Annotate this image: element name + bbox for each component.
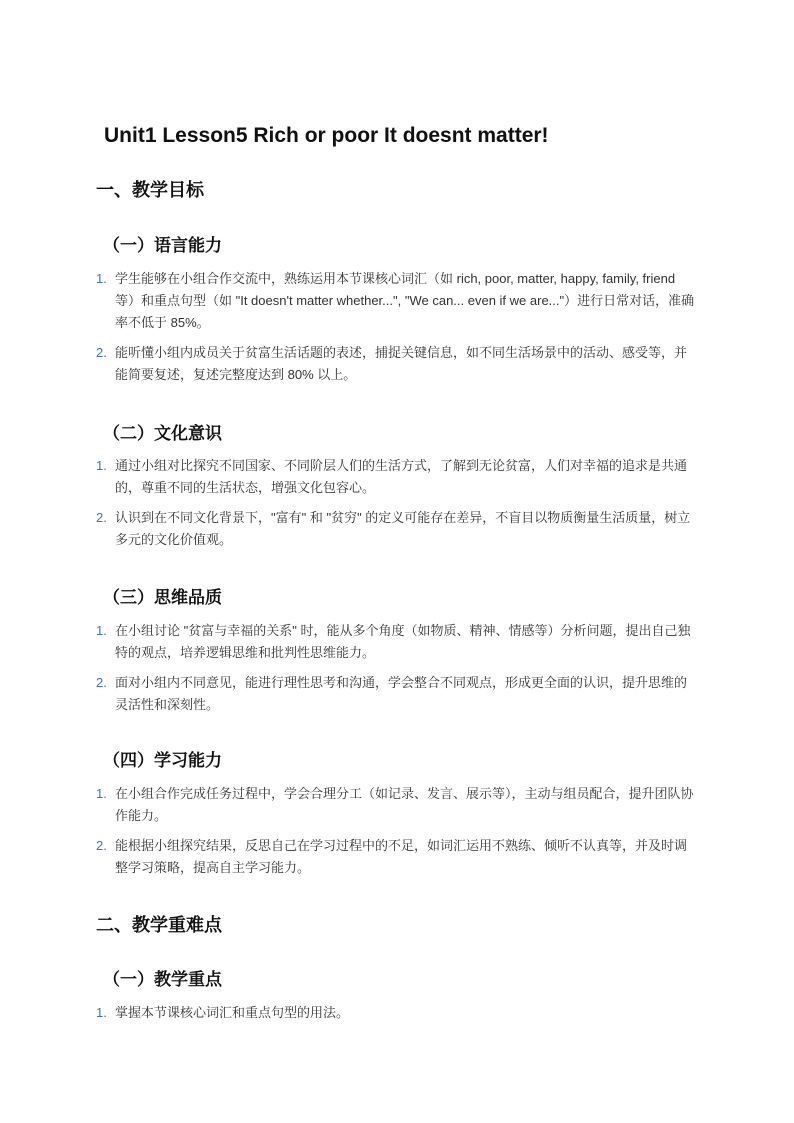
list-item: 1. 掌握本节课核心词汇和重点句型的用法。 <box>96 1002 696 1024</box>
list-item-text: 掌握本节课核心词汇和重点句型的用法。 <box>115 1002 696 1024</box>
list-number: 1. <box>96 1002 107 1024</box>
list-number: 2. <box>96 507 107 529</box>
teaching-focus-list: 1. 掌握本节课核心词汇和重点句型的用法。 <box>96 1002 696 1032</box>
list-item-text: 能听懂小组内成员关于贫富生活话题的表述，捕捉关键信息，如不同生活场景中的活动、感… <box>115 342 696 386</box>
list-item-text: 在小组合作完成任务过程中，学会合理分工（如记录、发言、展示等），主动与组员配合，… <box>115 783 696 827</box>
thinking-quality-list: 1. 在小组讨论 "贫富与幸福的关系" 时，能从多个角度（如物质、精神、情感等）… <box>96 620 696 724</box>
subsection-heading-cultural-awareness: （二）文化意识 <box>103 419 222 444</box>
list-item: 2. 面对小组内不同意见，能进行理性思考和沟通，学会整合不同观点，形成更全面的认… <box>96 672 696 716</box>
list-number: 2. <box>96 342 107 364</box>
cultural-awareness-list: 1. 通过小组对比探究不同国家、不同阶层人们的生活方式，了解到无论贫富，人们对幸… <box>96 455 696 559</box>
list-item-text: 认识到在不同文化背景下，"富有" 和 "贫穷" 的定义可能存在差异，不盲目以物质… <box>115 507 696 551</box>
list-item-text: 面对小组内不同意见，能进行理性思考和沟通，学会整合不同观点，形成更全面的认识，提… <box>115 672 696 716</box>
list-number: 2. <box>96 672 107 694</box>
subsection-heading-thinking-quality: （三）思维品质 <box>103 583 222 608</box>
list-item: 1. 在小组讨论 "贫富与幸福的关系" 时，能从多个角度（如物质、精神、情感等）… <box>96 620 696 664</box>
subsection-heading-language-ability: （一）语言能力 <box>103 231 222 256</box>
list-number: 1. <box>96 783 107 805</box>
list-item: 2. 能根据小组探究结果，反思自己在学习过程中的不足，如词汇运用不熟练、倾听不认… <box>96 835 696 879</box>
list-number: 1. <box>96 455 107 477</box>
subsection-heading-teaching-focus: （一）教学重点 <box>103 965 222 990</box>
list-number: 1. <box>96 620 107 642</box>
document-title: Unit1 Lesson5 Rich or poor It doesnt mat… <box>104 124 549 148</box>
list-item: 1. 通过小组对比探究不同国家、不同阶层人们的生活方式，了解到无论贫富，人们对幸… <box>96 455 696 499</box>
list-item: 1. 学生能够在小组合作交流中，熟练运用本节课核心词汇（如 rich, poor… <box>96 268 696 334</box>
list-item-text: 在小组讨论 "贫富与幸福的关系" 时，能从多个角度（如物质、精神、情感等）分析问… <box>115 620 696 664</box>
list-item: 2. 能听懂小组内成员关于贫富生活话题的表述，捕捉关键信息，如不同生活场景中的活… <box>96 342 696 386</box>
list-item-text: 学生能够在小组合作交流中，熟练运用本节课核心词汇（如 rich, poor, m… <box>115 268 696 334</box>
section-heading-teaching-objectives: 一、教学目标 <box>96 176 204 202</box>
list-item-text: 能根据小组探究结果，反思自己在学习过程中的不足，如词汇运用不熟练、倾听不认真等，… <box>115 835 696 879</box>
list-number: 2. <box>96 835 107 857</box>
list-item: 2. 认识到在不同文化背景下，"富有" 和 "贫穷" 的定义可能存在差异，不盲目… <box>96 507 696 551</box>
subsection-heading-learning-ability: （四）学习能力 <box>103 746 222 771</box>
section-heading-key-difficult-points: 二、教学重难点 <box>96 911 222 937</box>
document-page: Unit1 Lesson5 Rich or poor It doesnt mat… <box>0 0 794 1123</box>
list-item-text: 通过小组对比探究不同国家、不同阶层人们的生活方式，了解到无论贫富，人们对幸福的追… <box>115 455 696 499</box>
learning-ability-list: 1. 在小组合作完成任务过程中，学会合理分工（如记录、发言、展示等），主动与组员… <box>96 783 696 887</box>
list-number: 1. <box>96 268 107 290</box>
language-ability-list: 1. 学生能够在小组合作交流中，熟练运用本节课核心词汇（如 rich, poor… <box>96 268 696 394</box>
list-item: 1. 在小组合作完成任务过程中，学会合理分工（如记录、发言、展示等），主动与组员… <box>96 783 696 827</box>
